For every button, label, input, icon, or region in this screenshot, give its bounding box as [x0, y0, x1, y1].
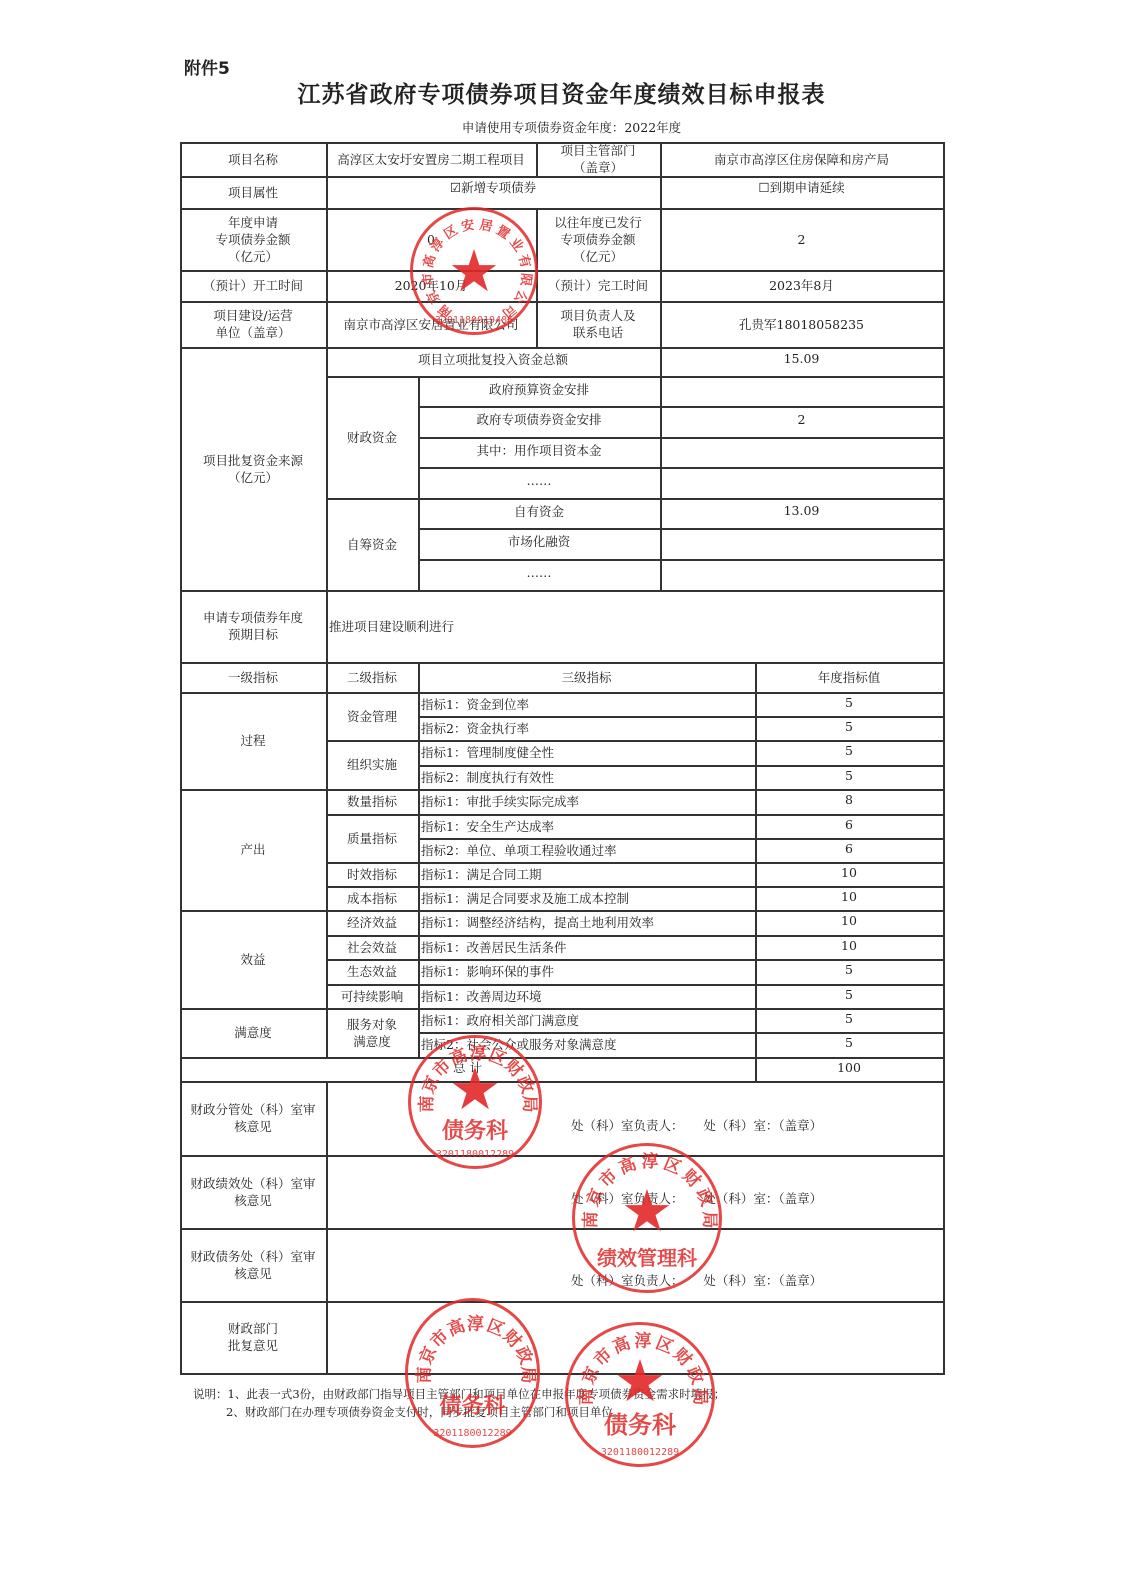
indicator-value: 5 — [755, 765, 943, 789]
review-sign-line-4 — [326, 1301, 943, 1373]
indicator-level3: 指标2：制度执行有效性 — [418, 765, 755, 789]
indicator-value: 5 — [755, 1008, 943, 1032]
indicator-level3: 指标2：资金执行率 — [418, 716, 755, 740]
review-sign-line-1: 处（科）室负责人： 处（科）室：（盖章） — [326, 1081, 943, 1155]
table-rule — [418, 765, 945, 767]
review-label-4: 财政部门 批复意见 — [180, 1301, 326, 1373]
indicator-value: 5 — [755, 740, 943, 765]
indicator-level2: 社会效益 — [326, 935, 418, 959]
label-self-funds: 自筹资金 — [326, 498, 418, 590]
table-rule — [326, 662, 328, 1059]
label-fiscal-funds: 财政资金 — [326, 376, 418, 498]
review-sign-line-2: 处（科）室负责人： 处（科）室：（盖章） — [326, 1155, 943, 1228]
indicator-value: 5 — [755, 984, 943, 1008]
indicator-level3: 指标1：影响环保的事件 — [418, 959, 755, 984]
indicator-level3: 指标1：安全生产达成率 — [418, 814, 755, 838]
subtitle-year: 申请使用专项债券资金年度：2022年度 — [0, 118, 1123, 136]
fiscal-item-label: …… — [418, 467, 660, 498]
table-rule — [755, 662, 757, 1083]
indicator-level3: 指标2：单位、单项工程验收通过率 — [418, 838, 755, 862]
start-time-value: 2020年10月 — [326, 270, 536, 301]
note-2: 2、财政部门在办理专项债券资金支付时，同步批复项目主管部门和项目单位。 — [226, 1404, 624, 1420]
table-rule — [180, 176, 945, 178]
table-rule — [180, 142, 945, 144]
table-rule — [418, 662, 420, 1059]
self-item-label: …… — [418, 559, 660, 590]
total-value: 100 — [755, 1057, 943, 1081]
table-rule — [418, 559, 945, 561]
table-rule — [180, 1373, 945, 1375]
fiscal-item-value — [660, 467, 943, 498]
indicator-value: 5 — [755, 692, 943, 716]
label-funding-source: 项目批复资金来源 （亿元） — [180, 347, 326, 590]
label-contact: 项目负责人及 联系电话 — [536, 301, 660, 347]
label-attribute: 项目属性 — [180, 176, 326, 208]
table-rule — [660, 142, 662, 592]
label-annual-amount: 年度申请 专项债券金额 （亿元） — [180, 208, 326, 270]
header-level3: 三级指标 — [418, 662, 755, 692]
table-rule — [180, 1081, 945, 1083]
indicator-level3: 指标1：管理制度健全性 — [418, 740, 755, 765]
indicator-level3: 指标1：改善居民生活条件 — [418, 935, 755, 959]
table-rule — [418, 528, 945, 530]
label-prior-amount: 以往年度已发行 专项债券金额 （亿元） — [536, 208, 660, 270]
indicator-level2: 质量指标 — [326, 814, 418, 862]
label-start-time: （预计）开工时间 — [180, 270, 326, 301]
indicator-level3: 指标1：满足合同要求及施工成本控制 — [418, 886, 755, 910]
table-rule — [536, 142, 538, 178]
indicator-level2: 资金管理 — [326, 692, 418, 740]
table-rule — [326, 142, 328, 664]
indicator-level3: 指标1：改善周边环境 — [418, 984, 755, 1008]
review-label-1: 财政分管处（科）室审 核意见 — [180, 1081, 326, 1155]
indicator-value: 5 — [755, 1032, 943, 1057]
review-label-2: 财政绩效处（科）室审 核意见 — [180, 1155, 326, 1228]
fiscal-item-value: 2 — [660, 406, 943, 437]
indicator-level2: 成本指标 — [326, 886, 418, 910]
table-rule — [418, 406, 945, 408]
fiscal-item-label: 政府专项债券资金安排 — [418, 406, 660, 437]
header-level2: 二级指标 — [326, 662, 418, 692]
indicator-level3: 指标2：社会公众或服务对象满意度 — [418, 1032, 755, 1057]
label-department: 项目主管部门 （盖章） — [536, 142, 660, 176]
table-rule — [418, 376, 420, 592]
indicator-level3: 指标1：政府相关部门满意度 — [418, 1008, 755, 1032]
fiscal-item-label: 政府预算资金安排 — [418, 376, 660, 406]
annual-goal-value: 推进项目建设顺利进行 — [326, 590, 943, 662]
indicator-level2: 经济效益 — [326, 910, 418, 935]
indicator-value: 6 — [755, 838, 943, 862]
indicator-level2: 数量指标 — [326, 789, 418, 814]
indicator-level2: 时效指标 — [326, 862, 418, 886]
indicator-level3: 指标1：满足合同工期 — [418, 862, 755, 886]
indicator-level3: 指标1：调整经济结构，提高土地利用效率 — [418, 910, 755, 935]
table-rule — [180, 1228, 945, 1230]
self-item-label: 自有资金 — [418, 498, 660, 528]
table-rule — [418, 437, 945, 439]
indicator-value: 6 — [755, 814, 943, 838]
note-1: 说明：1、此表一式3份，由财政部门指导项目主管部门和项目单位在申报年度专项债券资… — [193, 1386, 725, 1402]
table-rule — [180, 1155, 945, 1157]
indicator-level2: 生态效益 — [326, 959, 418, 984]
self-item-value — [660, 528, 943, 559]
indicator-value: 10 — [755, 910, 943, 935]
self-item-label: 市场化融资 — [418, 528, 660, 559]
indicator-value: 10 — [755, 862, 943, 886]
contact-value: 孔贵军18018058235 — [660, 301, 943, 347]
table-rule — [180, 208, 945, 210]
indicator-level1: 效益 — [180, 910, 326, 1008]
fiscal-item-label: 其中：用作项目资本金 — [418, 437, 660, 467]
indicator-value: 8 — [755, 789, 943, 814]
label-total: 总 计 — [180, 1057, 755, 1081]
review-sign-line-3: 处（科）室负责人： 处（科）室：（盖章） — [326, 1228, 943, 1301]
table-rule — [418, 838, 945, 840]
indicator-level2: 可持续影响 — [326, 984, 418, 1008]
indicator-level3: 指标1：审批手续实际完成率 — [418, 789, 755, 814]
table-rule — [418, 1032, 945, 1034]
seal-code: 3201180012289 — [408, 1428, 537, 1439]
funding-total-value: 15.09 — [660, 347, 943, 376]
table-rule — [418, 716, 945, 718]
table-rule — [326, 1081, 328, 1375]
review-label-3: 财政债务处（科）室审 核意见 — [180, 1228, 326, 1301]
label-construction-unit: 项目建设/运营 单位（盖章） — [180, 301, 326, 347]
annual-amount-value: 0 — [326, 208, 536, 270]
page-title: 江苏省政府专项债券项目资金年度绩效目标申报表 — [0, 76, 1123, 109]
finish-time-value: 2023年8月 — [660, 270, 943, 301]
table-rule — [180, 142, 182, 1375]
indicator-level1: 满意度 — [180, 1008, 326, 1057]
project-name-value: 高淳区太安圩安置房二期工程项目 — [326, 142, 536, 176]
seal-code: 3201180012289 — [568, 1447, 712, 1458]
table-rule — [536, 208, 538, 349]
indicator-level2: 组织实施 — [326, 740, 418, 789]
header-annual-value: 年度指标值 — [755, 662, 943, 692]
indicator-level3: 指标1：资金到位率 — [418, 692, 755, 716]
self-item-value — [660, 559, 943, 590]
table-rule — [943, 142, 945, 1375]
label-finish-time: （预计）完工时间 — [536, 270, 660, 301]
department-value: 南京市高淳区住房保障和房产局 — [660, 142, 943, 176]
table-rule — [180, 1301, 945, 1303]
indicator-value: 5 — [755, 716, 943, 740]
fiscal-item-value — [660, 376, 943, 406]
indicator-value: 5 — [755, 959, 943, 984]
label-project-name: 项目名称 — [180, 142, 326, 176]
prior-amount-value: 2 — [660, 208, 943, 270]
table-rule — [180, 347, 945, 349]
checkbox-new-bond[interactable]: ☑新增专项债券 — [326, 176, 660, 208]
indicator-level2: 服务对象 满意度 — [326, 1008, 418, 1057]
indicator-level1: 过程 — [180, 692, 326, 789]
label-funding-total: 项目立项批复投入资金总额 — [326, 347, 660, 376]
self-item-value: 13.09 — [660, 498, 943, 528]
table-rule — [180, 270, 945, 272]
table-rule — [418, 467, 945, 469]
indicator-value: 10 — [755, 935, 943, 959]
indicator-value: 10 — [755, 886, 943, 910]
construction-unit-value: 南京市高淳区安居置业有限公司 — [326, 301, 536, 347]
checkbox-renewal[interactable]: ☐到期申请延续 — [660, 176, 943, 208]
indicator-level1: 产出 — [180, 789, 326, 910]
fiscal-item-value — [660, 437, 943, 467]
label-annual-goal: 申请专项债券年度 预期目标 — [180, 590, 326, 662]
table-rule — [180, 301, 945, 303]
header-level1: 一级指标 — [180, 662, 326, 692]
